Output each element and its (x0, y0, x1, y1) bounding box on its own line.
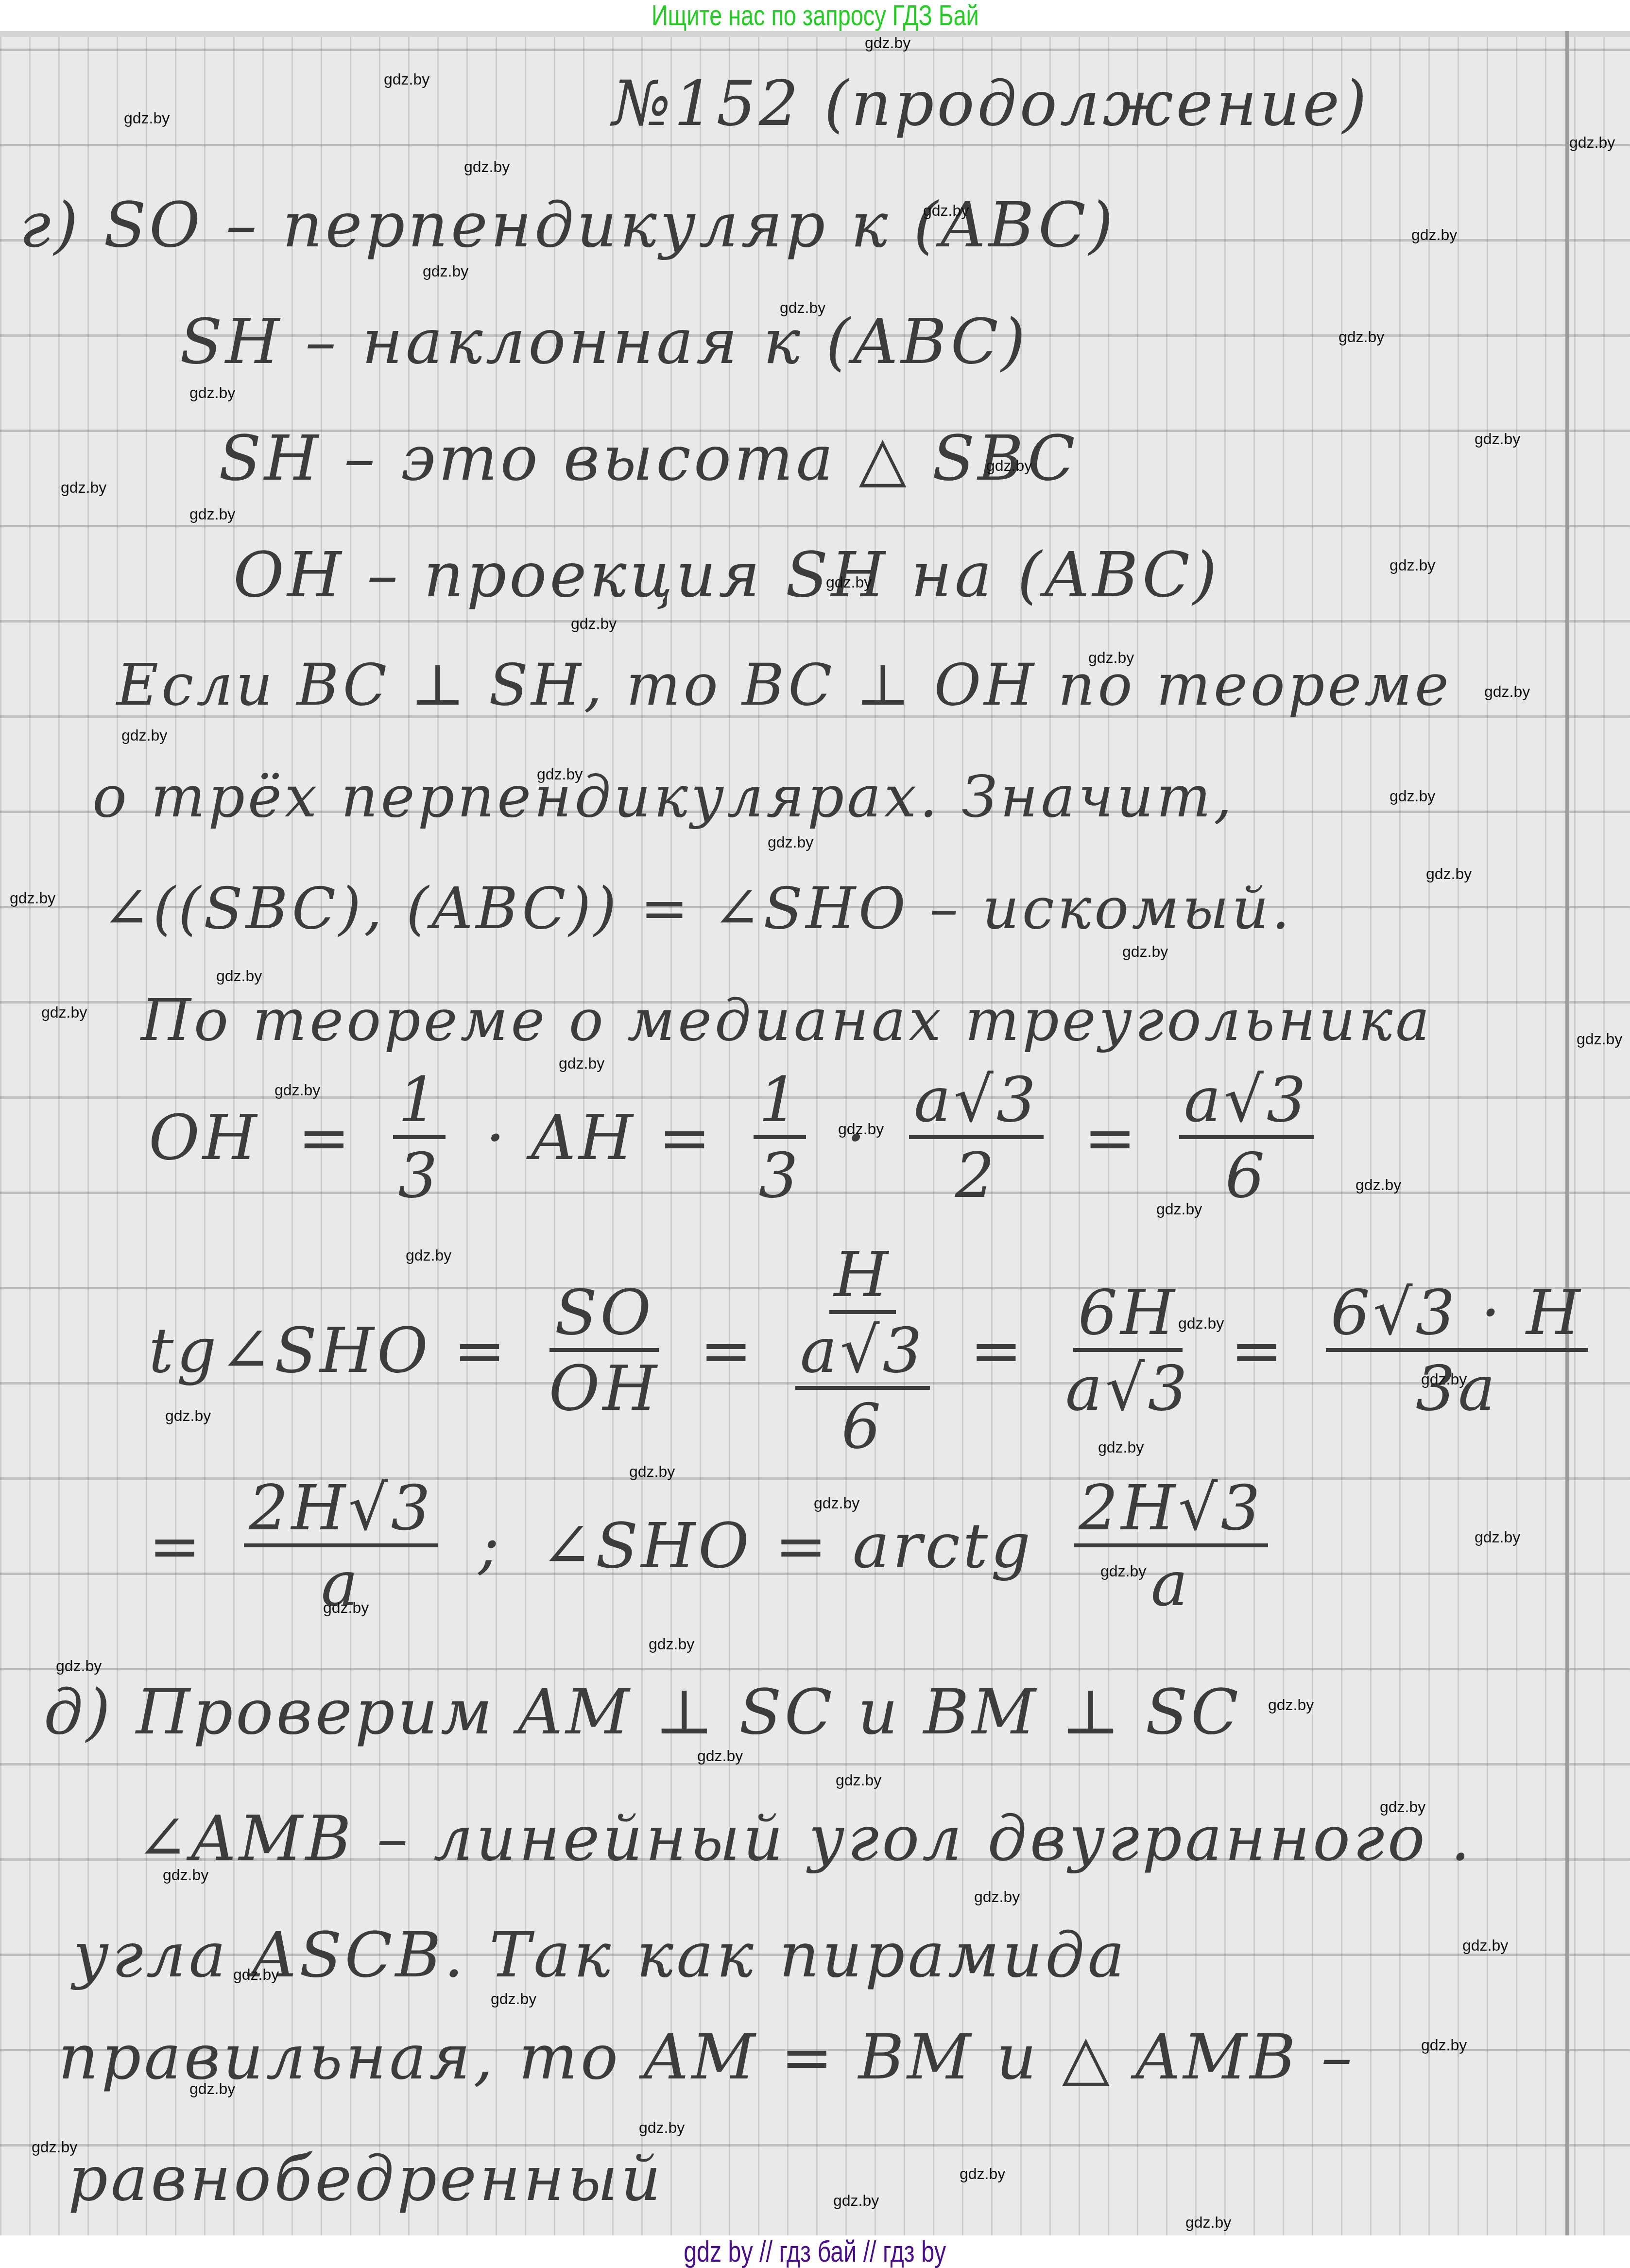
watermark: gdz.by (56, 1657, 102, 1675)
fraction: 1 3 (754, 1069, 806, 1207)
watermark: gdz.by (1338, 328, 1384, 346)
watermark: gdz.by (1390, 787, 1435, 805)
watermark: gdz.by (1098, 1438, 1144, 1456)
solution-line: угла ASCB. Так как пирамида (73, 1924, 1128, 1987)
fraction: SO OH (549, 1282, 660, 1420)
watermark: gdz.by (833, 2192, 879, 2210)
watermark: gdz.by (189, 2080, 235, 2098)
watermark: gdz.by (1569, 134, 1615, 152)
watermark: gdz.by (189, 505, 235, 523)
solution-line: равнобедренный (68, 2148, 664, 2210)
margin-line (1565, 31, 1569, 2235)
fraction: 6√3 · H 3a (1326, 1282, 1588, 1420)
watermark: gdz.by (189, 384, 235, 402)
watermark: gdz.by (639, 2119, 685, 2137)
watermark: gdz.by (814, 1494, 859, 1512)
nested-fraction: H a√3 6 (795, 1244, 930, 1458)
watermark: gdz.by (1475, 430, 1520, 448)
watermark: gdz.by (826, 573, 872, 591)
watermark: gdz.by (986, 457, 1032, 475)
watermark: gdz.by (537, 765, 583, 783)
equals-sign: = (298, 1107, 353, 1169)
footer-text: gdz by // гдз бай // гдз by (684, 2235, 946, 2268)
watermark: gdz.by (865, 34, 910, 52)
fraction: 2H√3 a (244, 1477, 438, 1615)
watermark: gdz.by (1178, 1315, 1224, 1333)
watermark: gdz.by (1411, 226, 1457, 244)
fraction: 2H√3 a (1074, 1477, 1268, 1615)
banner-text: Ищите нас по запросу ГДЗ Бай (652, 0, 979, 31)
watermark: gdz.by (629, 1463, 675, 1481)
fraction: 6H a√3 (1065, 1282, 1190, 1420)
watermark: gdz.by (1577, 1030, 1622, 1048)
watermark: gdz.by (165, 1407, 211, 1425)
watermark: gdz.by (1380, 1798, 1425, 1816)
watermark: gdz.by (1100, 1562, 1146, 1580)
watermark: gdz.by (121, 727, 167, 744)
watermark: gdz.by (423, 262, 468, 280)
watermark: gdz.by (10, 889, 55, 907)
watermark: gdz.by (323, 1599, 369, 1617)
formula-tg: tg∠SHO = SO OH = H a√3 6 = 6H a√3 = 6√3 … (141, 1244, 1630, 1458)
watermark: gdz.by (1421, 2036, 1467, 2054)
watermark: gdz.by (216, 967, 262, 985)
watermark: gdz.by (838, 1120, 884, 1138)
watermark: gdz.by (491, 1990, 536, 2008)
watermark: gdz.by (649, 1635, 694, 1653)
solution-line: Если BC ⊥ SH, то BC ⊥ OH по теореме (117, 656, 1452, 713)
watermark: gdz.by (571, 615, 617, 633)
solution-line: д) Проверим AM ⊥ SC и BM ⊥ SC (44, 1681, 1241, 1744)
solution-line: SH – наклонная к (ABC) (180, 311, 1029, 373)
watermark: gdz.by (1122, 943, 1168, 961)
watermark: gdz.by (1462, 1937, 1508, 1955)
watermark: gdz.by (974, 1888, 1020, 1906)
watermark: gdz.by (1390, 556, 1435, 574)
watermark: gdz.by (1088, 649, 1134, 667)
solution-line: OH – проекция SH на (ABC) (233, 544, 1220, 606)
watermark: gdz.by (1156, 1200, 1202, 1218)
watermark: gdz.by (1421, 1370, 1467, 1388)
watermark: gdz.by (1185, 2214, 1231, 2232)
watermark: gdz.by (61, 479, 106, 497)
watermark: gdz.by (464, 158, 510, 176)
watermark: gdz.by (697, 1747, 743, 1765)
watermark: gdz.by (559, 1055, 604, 1073)
watermark: gdz.by (1426, 865, 1472, 883)
solution-line: о трёх перпендикулярах. Значит, (92, 768, 1235, 825)
top-banner: Ищите нас по запросу ГДЗ Бай (0, 0, 1630, 31)
watermark: gdz.by (406, 1247, 451, 1264)
solution-line: ∠((SBC), (ABC)) = ∠SHO – искомый. (102, 880, 1293, 937)
watermark: gdz.by (836, 1771, 881, 1789)
footer-banner: gdz by // гдз бай // гдз by (0, 2235, 1630, 2268)
solution-line: SH – это высота △ SBC (219, 428, 1078, 490)
fraction: 1 3 (393, 1069, 445, 1207)
watermark: gdz.by (1355, 1176, 1401, 1194)
watermark: gdz.by (780, 299, 825, 317)
watermark: gdz.by (768, 833, 813, 851)
watermark: gdz.by (32, 2138, 77, 2156)
page-title: №152 (продолжение) (612, 73, 1370, 135)
formula-lhs: OH (149, 1107, 260, 1169)
formula-result: = 2H√3 a ; ∠SHO = arctg 2H√3 a (141, 1477, 1278, 1615)
solution-line: правильная, то AM = BM и △ AMB – (58, 2026, 1355, 2089)
watermark: gdz.by (163, 1866, 208, 1884)
watermark: gdz.by (384, 70, 429, 88)
formula-lhs: tg∠SHO = (149, 1320, 509, 1382)
watermark: gdz.by (124, 109, 170, 127)
watermark: gdz.by (1484, 683, 1530, 701)
solution-line: ∠AMB – линейный угол двугранного . (136, 1808, 1473, 1870)
fraction: a√3 2 (909, 1069, 1044, 1207)
watermark: gdz.by (1268, 1696, 1314, 1714)
watermark: gdz.by (1475, 1528, 1520, 1546)
fraction: a√3 6 (1179, 1069, 1314, 1207)
watermark: gdz.by (960, 2165, 1005, 2183)
solution-line: По теореме о медианах треугольника (141, 991, 1433, 1049)
watermark: gdz.by (275, 1081, 320, 1099)
watermark: gdz.by (41, 1004, 87, 1021)
watermark: gdz.by (233, 1966, 279, 1984)
watermark: gdz.by (923, 202, 969, 220)
